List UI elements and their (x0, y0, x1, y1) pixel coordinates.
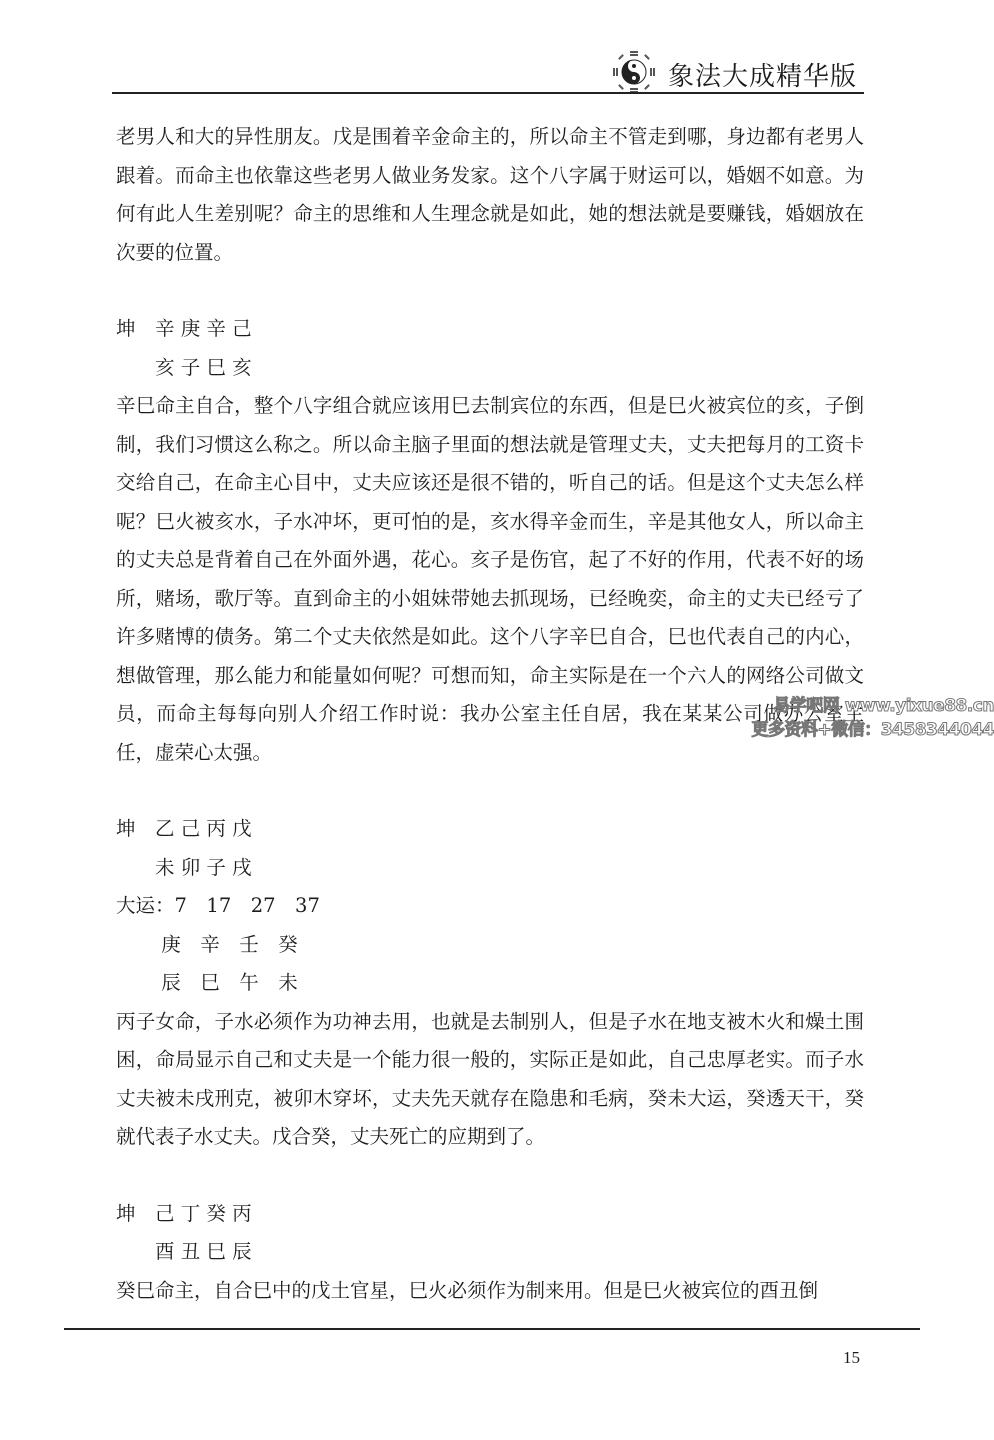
taiji-bagua-icon (612, 50, 656, 94)
watermark-contact: 更多资料+微信：3458344044 (724, 718, 994, 742)
spacer (116, 1157, 864, 1195)
dayun-stems: 庚 辛 壬 癸 (116, 926, 864, 965)
page-header: 象法大成精华版 (0, 0, 994, 100)
watermark-site: 易学吧网 www.yixue88.cn (724, 694, 994, 718)
footer-divider (64, 1328, 920, 1330)
bazi-chart-3-stems: 坤 己 丁 癸 丙 (116, 1195, 864, 1234)
paragraph-3: 丙子女命，子水必须作为功神去用，也就是去制别人，但是子水在地支被木火和燥土围困，… (116, 1003, 864, 1157)
bazi-chart-1-branches: 亥 子 巳 亥 (116, 349, 864, 388)
watermark: 易学吧网 www.yixue88.cn 更多资料+微信：3458344044 (724, 694, 994, 742)
paragraph-1: 老男人和大的异性朋友。戊是围着辛金命主的，所以命主不管走到哪，身边都有老男人跟着… (116, 118, 864, 272)
header-divider (112, 92, 864, 94)
paragraph-4: 癸巳命主，自合巳中的戊土官星，巳火必须作为制来用。但是巳火被宾位的酉丑倒 (116, 1272, 864, 1311)
bazi-chart-1-stems: 坤 辛 庚 辛 己 (116, 310, 864, 349)
dayun-ages: 大运：7 17 27 37 (116, 887, 864, 926)
book-title: 象法大成精华版 (668, 56, 857, 93)
bazi-chart-2-stems: 坤 乙 己 丙 戊 (116, 810, 864, 849)
page-number: 15 (843, 1348, 860, 1368)
bazi-chart-2-branches: 未 卯 子 戌 (116, 849, 864, 888)
bazi-chart-3-branches: 酉 丑 巳 辰 (116, 1233, 864, 1272)
dayun-branches: 辰 巳 午 未 (116, 964, 864, 1003)
spacer (116, 272, 864, 310)
spacer (116, 772, 864, 810)
